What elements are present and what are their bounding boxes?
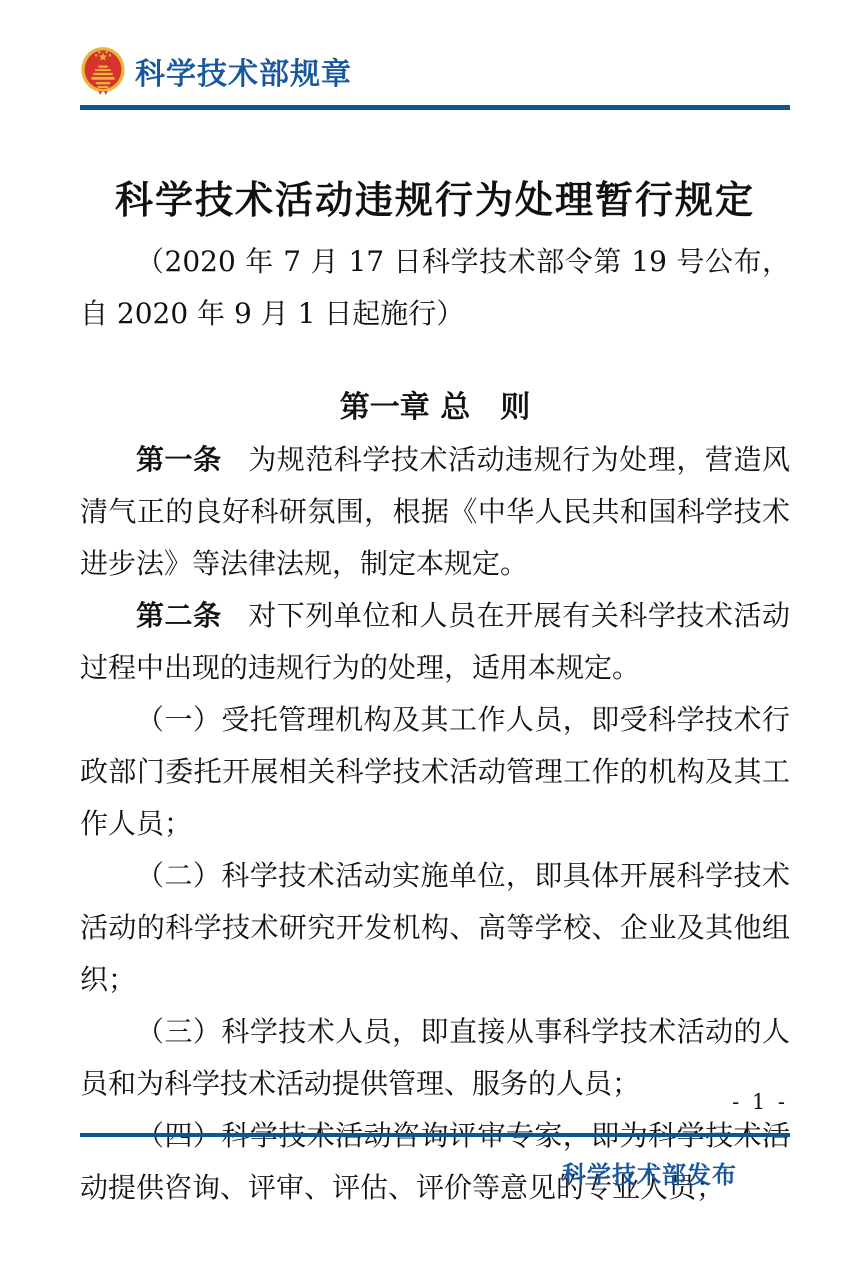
paragraph-text: （二）科学技术活动实施单位，即具体开展科学技术活动的科学技术研究开发机构、高等学… xyxy=(80,859,790,996)
document-content: 科学技术活动违规行为处理暂行规定 （2020 年 7 月 17 日科学技术部令第… xyxy=(80,176,790,1214)
paragraph-item-3: （三）科学技术人员，即直接从事科学技术活动的人员和为科学技术活动提供管理、服务的… xyxy=(80,1006,790,1110)
header-agency-label: 科学技术部规章 xyxy=(135,49,352,93)
chapter-heading: 第一章 总 则 xyxy=(80,382,790,434)
document-page: 科学技术部规章 科学技术活动违规行为处理暂行规定 （2020 年 7 月 17 … xyxy=(0,0,864,1271)
publisher-label: 科学技术部发布 xyxy=(562,1155,737,1190)
article-number-label: 第二条 xyxy=(136,599,222,632)
paragraph-item-1: （一）受托管理机构及其工作人员，即受科学技术行政部门委托开展相关科学技术活动管理… xyxy=(80,694,790,850)
footer-rule xyxy=(80,1133,790,1137)
header-rule xyxy=(80,105,790,110)
page-number: - 1 - xyxy=(732,1090,788,1114)
article-number-label: 第一条 xyxy=(136,443,222,476)
paragraph-text: （三）科学技术人员，即直接从事科学技术活动的人员和为科学技术活动提供管理、服务的… xyxy=(80,1015,790,1100)
paragraph-text: （一）受托管理机构及其工作人员，即受科学技术行政部门委托开展相关科学技术活动管理… xyxy=(80,703,790,840)
document-subtitle: （2020 年 7 月 17 日科学技术部令第 19 号公布，自 2020 年 … xyxy=(80,236,790,340)
page-header: 科学技术部规章 xyxy=(80,46,790,96)
document-title: 科学技术活动违规行为处理暂行规定 xyxy=(80,176,790,224)
paragraph-item-2: （二）科学技术活动实施单位，即具体开展科学技术活动的科学技术研究开发机构、高等学… xyxy=(80,850,790,1006)
china-national-emblem-icon xyxy=(80,46,126,96)
paragraph-article-1: 第一条为规范科学技术活动违规行为处理，营造风清气正的良好科研氛围，根据《中华人民… xyxy=(80,434,790,590)
paragraph-article-2: 第二条对下列单位和人员在开展有关科学技术活动过程中出现的违规行为的处理，适用本规… xyxy=(80,590,790,694)
